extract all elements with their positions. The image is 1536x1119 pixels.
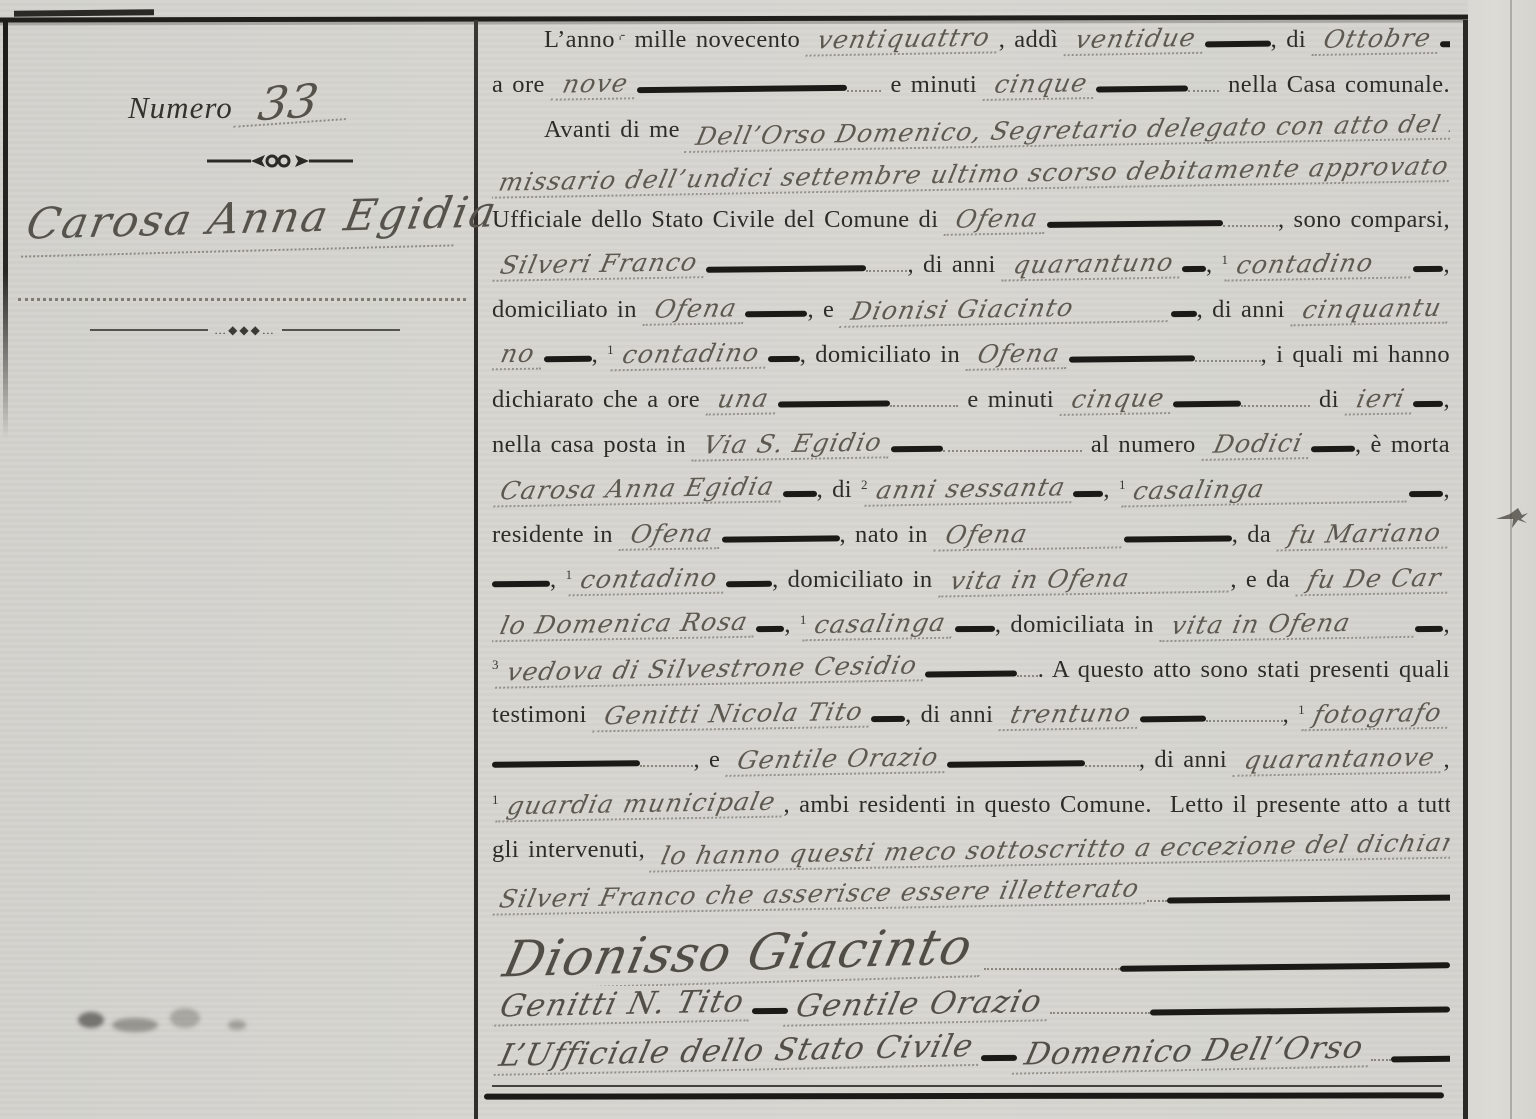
ink-stroke [1096, 86, 1188, 93]
printed-text: , domiciliato in [800, 341, 969, 369]
printed-text: , [1283, 701, 1299, 729]
printed-text: e minuti [881, 71, 986, 99]
ink-stroke [745, 311, 807, 318]
dotted-blank [943, 448, 1082, 452]
handwritten-entry: Via S. Egidio [691, 429, 894, 462]
act-line: domiciliato in Ofena, e Dionisi Giacinto… [492, 294, 1450, 339]
printed-text: , da [1232, 521, 1281, 549]
act-line: 1guardia municipale, ambi residenti in q… [492, 789, 1450, 834]
handwritten-entry: vedova di Silvestrone Cesidio [494, 654, 929, 689]
ink-smudge [112, 1018, 158, 1032]
margin-deceased-name: Carosa Anna Egidia [21, 182, 465, 257]
ink-stroke [1205, 41, 1271, 48]
printed-text: , [1443, 251, 1450, 279]
ink-stroke [1413, 401, 1443, 407]
dotted-blank [1147, 898, 1167, 902]
ink-stroke [1069, 355, 1195, 362]
binding-stitch-icon [1494, 505, 1530, 531]
printed-text: domiciliato in [492, 296, 646, 324]
handwritten-entry: lo Domenica Rosa [492, 609, 760, 642]
act-line: Silveri Franco, di anni quarantuno, 1con… [492, 249, 1450, 294]
printed-text: , [1443, 476, 1450, 504]
handwritten-entry: Genitti Nicola Tito [592, 699, 875, 732]
dotted-blank [1050, 1010, 1150, 1014]
ink-stroke [492, 760, 640, 768]
ink-stroke [721, 535, 839, 542]
act-line: Dionisso Giacinto [492, 924, 1450, 986]
handwritten-entry: vita in Ofena [938, 564, 1234, 598]
death-record-page: Numero 33 Carosa Anna Egidia …◆◆◆… L’ann… [0, 0, 1536, 1119]
ink-stroke [871, 716, 905, 722]
ink-stroke [1311, 446, 1355, 452]
printed-text: , [592, 341, 608, 369]
handwritten-entry: Ottobre [1312, 24, 1444, 56]
act-line: , 1contadino, domiciliato in vita in Ofe… [492, 564, 1450, 609]
ink-stroke [778, 400, 890, 407]
printed-text: , e da [1230, 566, 1299, 594]
printed-text: , [1443, 611, 1450, 639]
printed-text: , [550, 566, 566, 594]
top-border-cap [14, 9, 154, 16]
printed-text: gli intervenuti, [492, 836, 654, 864]
printed-text: , nato in [840, 521, 937, 549]
numero-value: 33 [233, 78, 351, 128]
left-page-edge [3, 20, 8, 440]
footnote-marker: ⌌ [615, 27, 626, 43]
handwritten-entry: Dionisi Giacinto [839, 294, 1174, 328]
handwritten-entry: missario dell’undici settembre ultimo sc… [492, 159, 1450, 199]
handwritten-entry: casalinga [1122, 474, 1414, 507]
handwritten-entry: cinque [983, 69, 1100, 101]
ink-smudge [228, 1020, 246, 1030]
act-line: L’Ufficiale dello Stato CivileDomenico D… [492, 1033, 1450, 1080]
printed-text: , [1206, 251, 1222, 279]
dotted-blank [1223, 223, 1278, 227]
ink-smudge [78, 1012, 104, 1028]
ink-stroke [1413, 266, 1443, 272]
handwritten-entry: quarantanove [1232, 744, 1447, 777]
ink-stroke [925, 671, 1017, 678]
printed-text: , ambi residenti in questo Comune. Letto… [784, 791, 1450, 819]
handwritten-entry: Domenico Dell’Orso [1012, 1033, 1377, 1075]
act-line: gli intervenuti, lo hanno questi meco so… [492, 834, 1450, 879]
fold-line [1510, 0, 1512, 1119]
printed-text: nella Casa comunale. [1219, 71, 1450, 99]
ink-stroke [1171, 311, 1197, 317]
dotted-blank [640, 763, 693, 767]
handwritten-entry: Gentile Orazio [726, 744, 951, 777]
column-divider-rule [474, 20, 478, 1119]
top-border-rule [0, 14, 1488, 22]
ink-stroke [1415, 626, 1443, 632]
handwritten-entry: cinque [1060, 384, 1177, 416]
numero-label: Numero [128, 90, 233, 125]
ink-stroke [706, 265, 866, 273]
ink-stroke [947, 760, 1085, 767]
ink-stroke [1182, 266, 1206, 272]
ink-stroke [1047, 220, 1223, 228]
ink-stroke [544, 356, 592, 363]
handwritten-entry: Ofena [944, 204, 1051, 236]
act-line: Avanti di me Dell’Orso Domenico, Segreta… [492, 114, 1450, 159]
handwritten-entry: Dodici [1201, 429, 1314, 461]
margin-column: Numero 33 Carosa Anna Egidia …◆◆◆… [10, 30, 468, 1090]
ink-stroke [1173, 401, 1241, 408]
ink-stroke [981, 1055, 1017, 1061]
printed-text: dichiarato che a ore [492, 386, 709, 414]
ink-stroke [726, 581, 772, 587]
page-gutter [1468, 0, 1536, 1119]
handwritten-entry: Ofena [966, 339, 1073, 371]
dotted-blank [847, 88, 882, 92]
act-line: dichiarato che a ore una e minuti cinque… [492, 384, 1450, 429]
act-line: Silveri Franco che asserisce essere ille… [492, 879, 1450, 924]
dotted-blank [1241, 403, 1310, 407]
handwritten-entry: casalinga [803, 609, 959, 641]
act-line: Ufficiale dello Stato Civile del Comune … [492, 204, 1450, 249]
handwritten-entry: ventidue [1064, 24, 1209, 56]
handwritten-entry: fu De Car [1296, 564, 1450, 596]
handwritten-entry: Silveri Franco [492, 249, 710, 282]
act-line: testimoni Genitti Nicola Tito, di anni t… [492, 699, 1450, 744]
printed-text: , i quali mi hanno [1261, 341, 1450, 369]
handwritten-entry: fu Mariano [1277, 519, 1450, 551]
ink-stroke [752, 1008, 788, 1014]
bottom-rule-thick [484, 1092, 1444, 1099]
act-line: , e Gentile Orazio, di anni quarantanove… [492, 744, 1450, 789]
dotted-blank [1371, 1057, 1391, 1061]
handwritten-entry: Dell’Orso Domenico, Segretario delegato … [684, 114, 1450, 153]
ink-stroke [637, 85, 847, 93]
printed-text: , [784, 611, 800, 639]
printed-text: a ore [492, 71, 554, 99]
handwritten-entry: ventiquattro [805, 24, 1002, 57]
handwritten-entry: ieri [1345, 384, 1417, 416]
act-line: missario dell’undici settembre ultimo sc… [492, 159, 1450, 204]
dotted-blank [866, 268, 907, 272]
handwritten-entry: contadino [610, 339, 771, 371]
act-line: lo Domenica Rosa, 1casalinga, domiciliat… [492, 609, 1450, 654]
footnote-marker: 1 [492, 792, 499, 808]
printed-text: , di [1271, 26, 1315, 54]
divider-dots-icon: …◆◆◆… [208, 323, 282, 338]
dotted-blank [1017, 673, 1038, 677]
ink-stroke [1120, 962, 1450, 971]
handwritten-entry: quarantuno [1001, 249, 1186, 282]
printed-text: Avanti di me [544, 116, 689, 144]
handwritten-entry: anni sessanta [864, 474, 1077, 507]
handwritten-entry: Silveri Franco che asserisce essere ille… [492, 879, 1151, 916]
ink-stroke [955, 626, 995, 632]
printed-text: , e [693, 746, 729, 774]
handwritten-entry: cinquantu [1290, 294, 1450, 326]
margin-rule-divider: …◆◆◆… [90, 322, 400, 338]
act-line: Genitti N. TitoGentile Orazio [492, 986, 1450, 1033]
act-line: Carosa Anna Egidia, di 2anni sessanta, 1… [492, 474, 1450, 519]
handwritten-entry: L’Ufficiale dello Stato Civile [492, 1033, 986, 1076]
numero-row: Numero 33 [128, 82, 347, 126]
handwritten-entry: Ofena [618, 519, 725, 551]
printed-text: , di anni [1139, 746, 1236, 774]
printed-text: , è morta [1355, 431, 1450, 459]
printed-text: nella casa posta in [492, 431, 695, 459]
dotted-blank [1195, 358, 1261, 362]
handwritten-entry: Carosa Anna Egidia [492, 474, 786, 508]
dotted-blank [1188, 88, 1219, 92]
handwritten-entry: fotografo [1301, 699, 1450, 731]
act-line: nella casa posta in Via S. Egidio al num… [492, 429, 1450, 474]
act-line: L’anno⌌ mille novecento ventiquattro, ad… [492, 24, 1450, 69]
handwritten-entry: Dionisso Giacinto [492, 924, 992, 986]
printed-text: , di anni [1197, 296, 1294, 324]
dotted-blank [984, 966, 1120, 970]
margin-dotted-line [18, 298, 466, 301]
ink-stroke [1440, 41, 1450, 48]
ink-stroke [1073, 491, 1103, 497]
printed-text: , di anni [905, 701, 1002, 729]
divider-bar [282, 329, 400, 331]
ink-stroke [783, 491, 817, 497]
ink-smudge [170, 1008, 200, 1028]
ink-stroke [768, 356, 800, 362]
printed-text: Ufficiale dello Stato Civile del Comune … [492, 206, 947, 234]
dotted-blank [1206, 718, 1282, 722]
fleuron-divider-icon [205, 152, 355, 170]
ink-stroke [1124, 535, 1232, 542]
handwritten-entry: nove [550, 69, 640, 101]
act-line: 3vedova di Silvestrone Cesidio. A questo… [492, 654, 1450, 699]
handwritten-entry: no [492, 339, 547, 370]
handwritten-entry: Genitti N. Tito [492, 986, 757, 1027]
handwritten-entry: guardia municipale [495, 789, 788, 822]
printed-text: testimoni [492, 701, 596, 729]
act-text: L’anno⌌ mille novecento ventiquattro, ad… [492, 24, 1450, 1080]
printed-text: , e [807, 296, 843, 324]
handwritten-entry: Gentile Orazio [783, 986, 1055, 1027]
handwritten-entry: lo hanno questi meco sottoscritto a ecce… [649, 834, 1450, 873]
ink-stroke [756, 626, 784, 632]
footnote-marker: 3 [492, 657, 499, 673]
printed-text: residente in [492, 521, 622, 549]
dotted-blank [890, 403, 959, 407]
printed-text: , [1443, 386, 1450, 414]
ink-stroke [1150, 1006, 1450, 1015]
act-line: residente in Ofena, nato in Ofena, da fu… [492, 519, 1450, 564]
printed-text: , addì [999, 26, 1067, 54]
ink-stroke [1409, 491, 1443, 497]
ink-stroke [1140, 716, 1206, 723]
handwritten-entry: Ofena [933, 519, 1127, 552]
printed-text: , di anni [907, 251, 1004, 279]
printed-text: , [1103, 476, 1119, 504]
ink-stroke [1167, 894, 1450, 903]
ink-stroke [1391, 1054, 1450, 1063]
handwritten-entry: vita in Ofena [1159, 609, 1419, 642]
printed-text: , domiciliata in [995, 611, 1163, 639]
handwritten-entry: contadino [568, 564, 729, 596]
dotted-blank [1085, 763, 1138, 767]
handwritten-entry: trentuno [999, 699, 1144, 731]
act-line: no, 1contadino, domiciliato in Ofena, i … [492, 339, 1450, 384]
printed-text: , sono comparsi, [1278, 206, 1450, 234]
bottom-rule-thin [492, 1085, 1442, 1087]
printed-text: di [1310, 386, 1348, 414]
ink-stroke [492, 581, 550, 588]
printed-text: mille novecento [625, 26, 809, 54]
printed-text: L’anno [544, 26, 615, 54]
printed-text: , di [817, 476, 861, 504]
printed-text: . A questo atto sono stati presenti qual… [1038, 656, 1450, 684]
ink-stroke [891, 446, 943, 453]
printed-text: e minuti [958, 386, 1063, 414]
divider-bar [90, 329, 208, 331]
handwritten-entry: Ofena [642, 294, 749, 326]
handwritten-entry: una [706, 384, 782, 416]
footnote-marker: 2 [861, 477, 868, 493]
printed-text: , domiciliato in [772, 566, 941, 594]
printed-text: al numero [1082, 431, 1205, 459]
handwritten-entry: contadino [1224, 249, 1417, 282]
act-line: a ore nove e minuti cinque nella Casa co… [492, 69, 1450, 114]
